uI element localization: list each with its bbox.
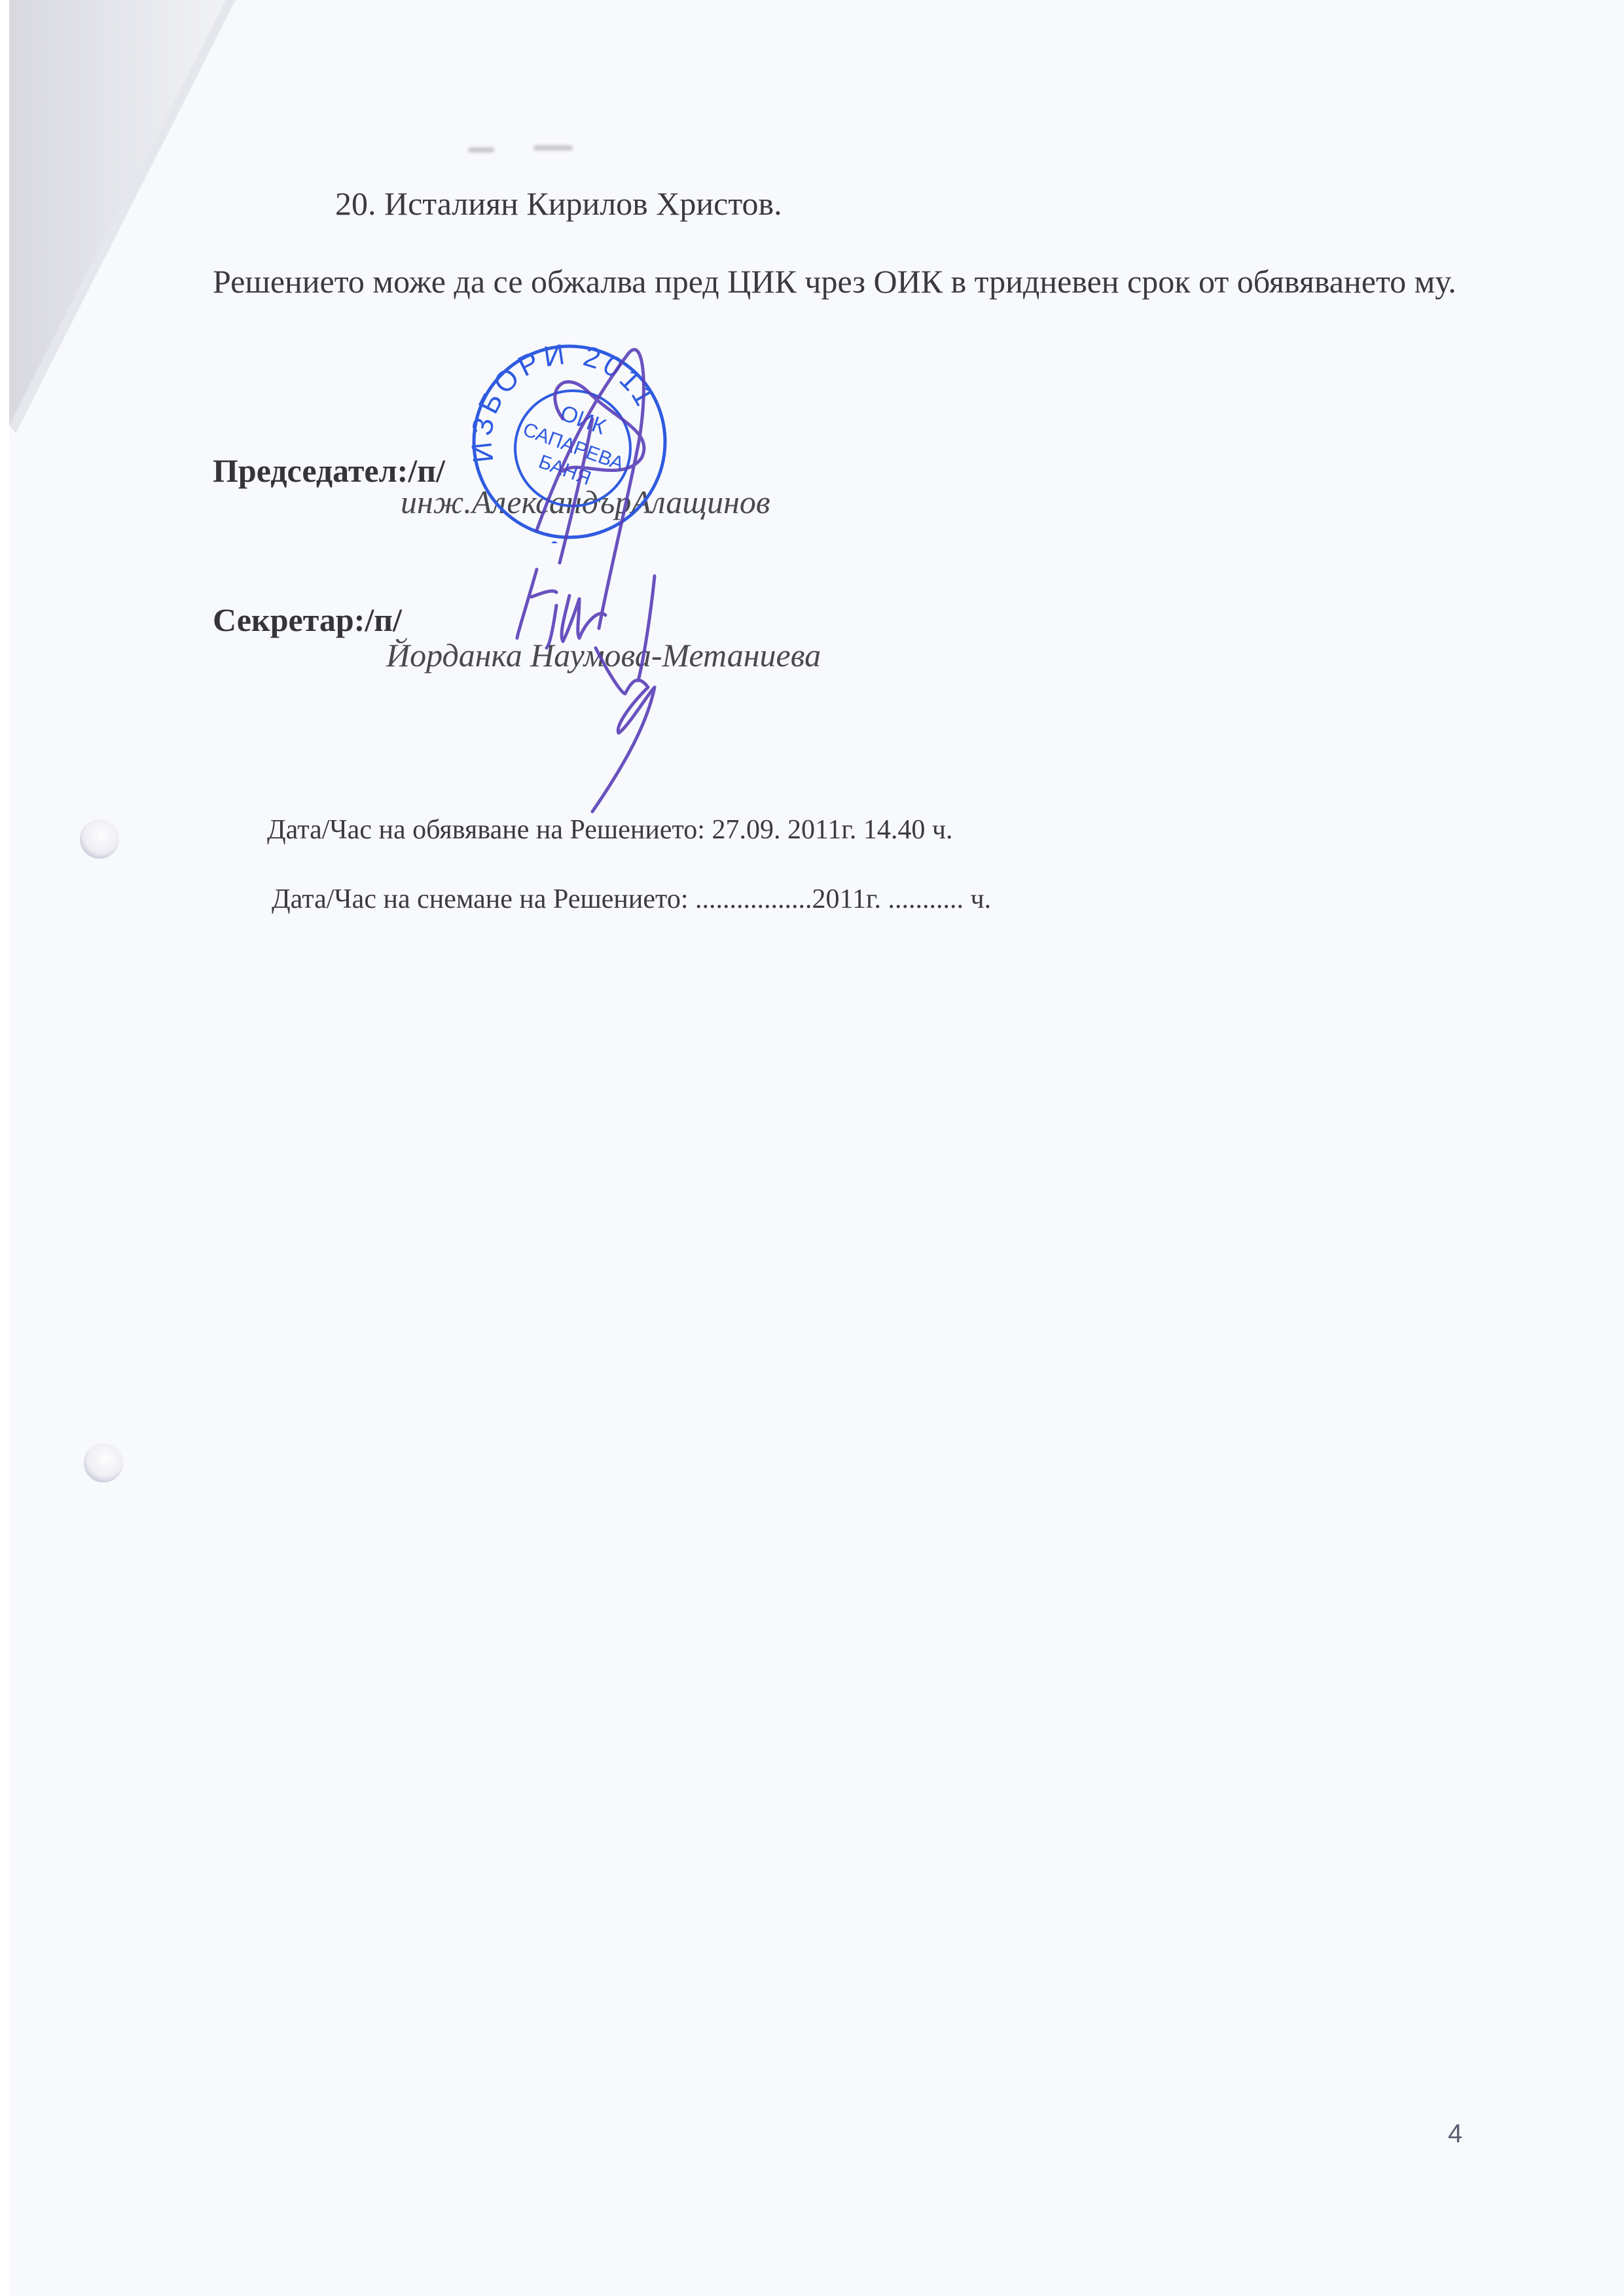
- official-stamp-icon: ИЗБОРИ 2011 ОИК САПАРЕВА БАНЯ: [468, 340, 671, 543]
- signatures: [0, 0, 1624, 2296]
- appeal-paragraph: Решението може да се обжалва пред ЦИК чр…: [213, 259, 1460, 304]
- announcement-datetime: Дата/Час на обявяване на Решението: 27.0…: [267, 814, 953, 846]
- secretary-signature-icon: [517, 569, 655, 812]
- removal-datetime: Дата/Час на снемане на Решението: ......…: [272, 884, 991, 915]
- announcement-label: Дата/Час на обявяване на Решението:: [267, 815, 705, 845]
- scan-fold-shadow: [0, 0, 1624, 2296]
- punch-hole: [80, 819, 119, 859]
- removal-label: Дата/Час на снемане на Решението:: [272, 884, 689, 914]
- scan-smudge: [468, 147, 494, 152]
- secretary-label: Секретар:/п/: [213, 601, 402, 639]
- removal-value: .................2011г. ........... ч.: [695, 884, 991, 914]
- page-number: 4: [1448, 2119, 1462, 2149]
- secretary-name: Йорданка Наумова-Метаниева: [386, 636, 821, 674]
- list-item-20: 20. Исталиян Кирилов Христов.: [335, 185, 782, 223]
- scan-smudge: [533, 145, 573, 151]
- announcement-value: 27.09. 2011г. 14.40 ч.: [712, 815, 952, 845]
- punch-hole: [84, 1443, 123, 1482]
